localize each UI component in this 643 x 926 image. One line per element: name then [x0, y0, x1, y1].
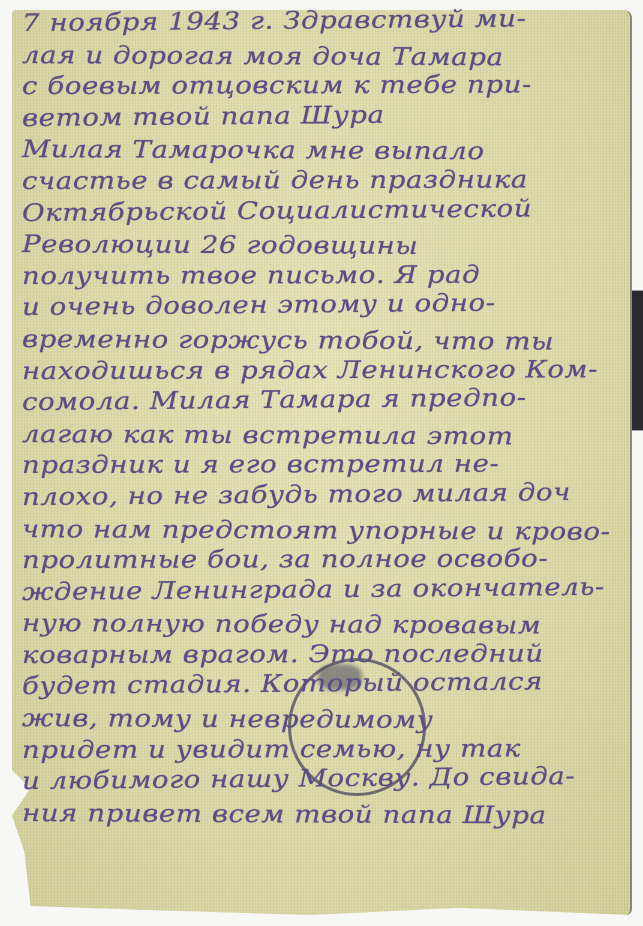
letter-line: будет стадия. Который остался: [22, 665, 643, 703]
letter-line: и очень доволен этому и одно-: [22, 286, 643, 324]
letter-line: ждение Ленинграда и за окончатель-: [22, 570, 643, 608]
letter-line: Октябрьской Социалистической: [22, 191, 643, 229]
letter-line: 7 ноября 1943 г. Здравствуй ми-: [22, 2, 643, 40]
letter-line: плохо, но не забудь того милая доч: [22, 476, 643, 514]
letter-line: ния привет всем твой папа Шура: [22, 798, 643, 833]
letter-line: и любимого нашу Москву. До свида-: [22, 760, 643, 798]
letter-line: сомола. Милая Тамара я предпо-: [22, 381, 643, 419]
letter-line: ветом твой папа Шура: [22, 97, 643, 135]
handwritten-letter: 7 ноября 1943 г. Здравствуй ми- лая и до…: [22, 8, 618, 829]
